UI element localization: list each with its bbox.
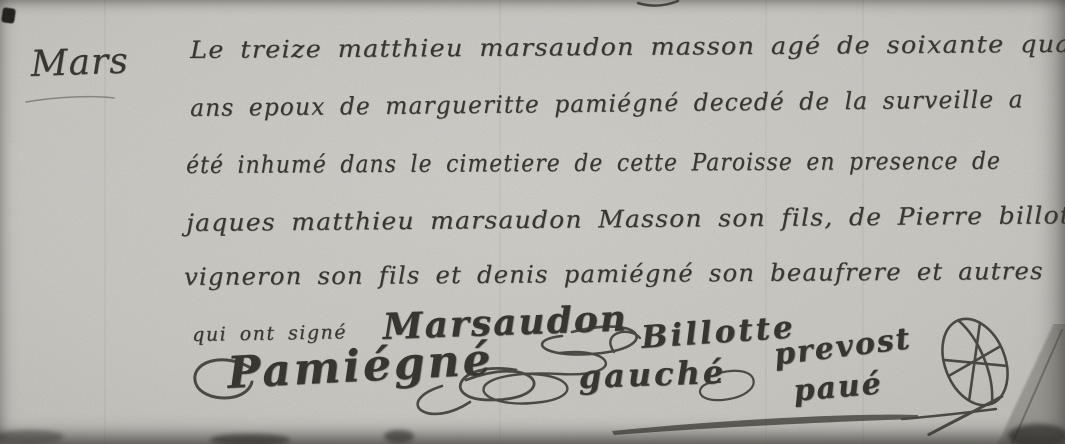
bottom-smudge (384, 430, 414, 443)
entry-line-5: vigneron son fils et denis pamiégné son … (184, 257, 1044, 291)
signature-paue: paué (792, 366, 884, 409)
scanned-register-page: Mars Le treize matthieu marsaudon masson… (0, 0, 1065, 444)
mars-underline (26, 97, 114, 102)
bottom-smudge (0, 430, 64, 444)
ink-blot (1, 7, 16, 24)
margin-month-note: Mars (30, 41, 129, 85)
page-curl-shadow (995, 324, 1065, 444)
entry-line-4: jaques matthieu marsaudon Masson son fil… (186, 201, 1065, 237)
entry-line-1: Le treize matthieu marsaudon masson agé … (190, 29, 1065, 64)
entry-line-3: été inhumé dans le cimetiere de cette Pa… (186, 147, 1001, 179)
entry-line-2: ans epoux de margueritte pamiégné decedé… (190, 85, 1024, 122)
ink-fleck (638, 1, 678, 6)
signature-gauche: gauché (578, 353, 727, 396)
signature-underline (612, 415, 918, 435)
bottom-smudge (210, 434, 290, 444)
